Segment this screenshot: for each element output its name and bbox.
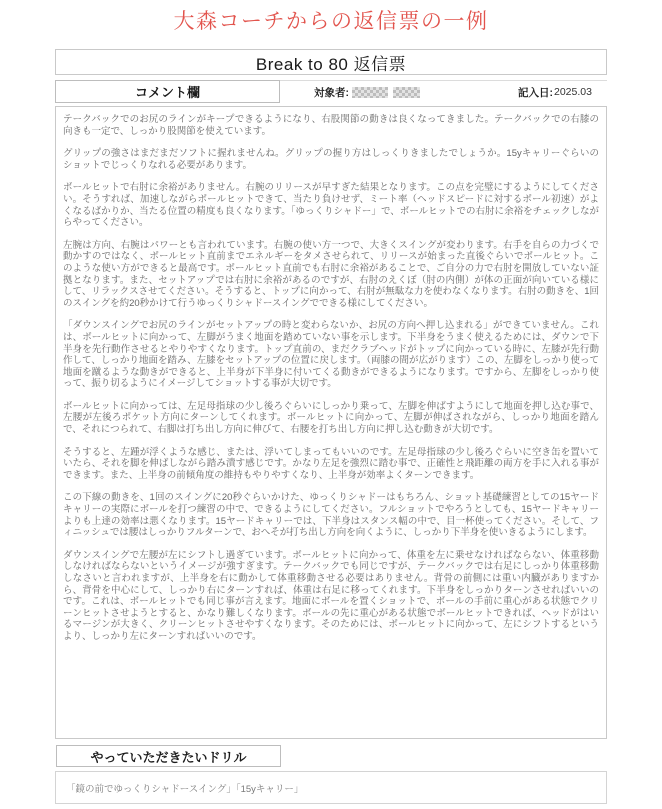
comment-box: テークバックでのお尻のラインがキープできるようになり、右股関節の動きは良くなって…	[55, 106, 607, 739]
comment-paragraph: グリップの強さはまだまだソフトに握れませんね。グリップの握り方はしっくりきました…	[63, 148, 599, 171]
entry-date-label: 記入日:	[518, 85, 553, 100]
entry-date-value: 2025.03	[554, 86, 592, 98]
page-title: 大森コーチからの返信票の一例	[0, 8, 662, 36]
entry-date-field: 記入日: 2025.03	[518, 85, 592, 100]
comment-paragraph: ダウンスイングで左腰が左にシフトし過ぎています。ボールヒットに向かって、体重を左…	[63, 550, 599, 643]
comment-paragraph: この下線の動きを、1回のスイングに20秒ぐらいかけた、ゆっくりシャドーはもちろん…	[63, 492, 599, 538]
comment-paragraph: ボールヒットに向かっては、左足母指球の少し後ろぐらいにしっかり乗って、左脚を伸ば…	[63, 401, 599, 436]
meta-row: コメント欄 対象者: 記入日: 2025.03	[55, 80, 607, 103]
meta-fields: 対象者: 記入日: 2025.03	[280, 80, 607, 103]
redacted-name-block-1	[352, 87, 388, 98]
drill-content-text: 「鏡の前でゆっくりシャドースイング」「15yキャリー」	[66, 781, 303, 795]
comment-section-label: コメント欄	[55, 80, 280, 103]
drill-content-box: 「鏡の前でゆっくりシャドースイング」「15yキャリー」	[55, 771, 607, 804]
subject-label: 対象者:	[314, 85, 349, 100]
comment-paragraph: 「ダウンスイングでお尻のラインがセットアップの時と変わらないか、お尻の方向へ押し…	[63, 320, 599, 390]
form-title: Break to 80 返信票	[55, 49, 607, 75]
comment-label-text: コメント欄	[135, 82, 200, 101]
subject-field: 対象者:	[314, 85, 420, 100]
comment-paragraph: そうすると、左踵が浮くような感じ、または、浮いてしまってもいいのです。左足母指球…	[63, 447, 599, 482]
comment-paragraph: ボールヒットで右肘に余裕がありません。右腕のリリースが早すぎた結果となります。こ…	[63, 182, 599, 228]
comment-paragraph: 左腕は方向、右腕はパワーとも言われています。右腕の使い方一つで、大きくスイングが…	[63, 240, 599, 310]
form-title-label: Break to 80 返信票	[256, 50, 406, 75]
comment-paragraph: テークバックでのお尻のラインがキープできるようになり、右股関節の動きは良くなって…	[63, 114, 599, 137]
redacted-name-block-2	[393, 87, 420, 98]
drill-heading-text: やっていただきたいドリル	[90, 747, 246, 766]
drill-section-heading: やっていただきたいドリル	[56, 745, 281, 767]
